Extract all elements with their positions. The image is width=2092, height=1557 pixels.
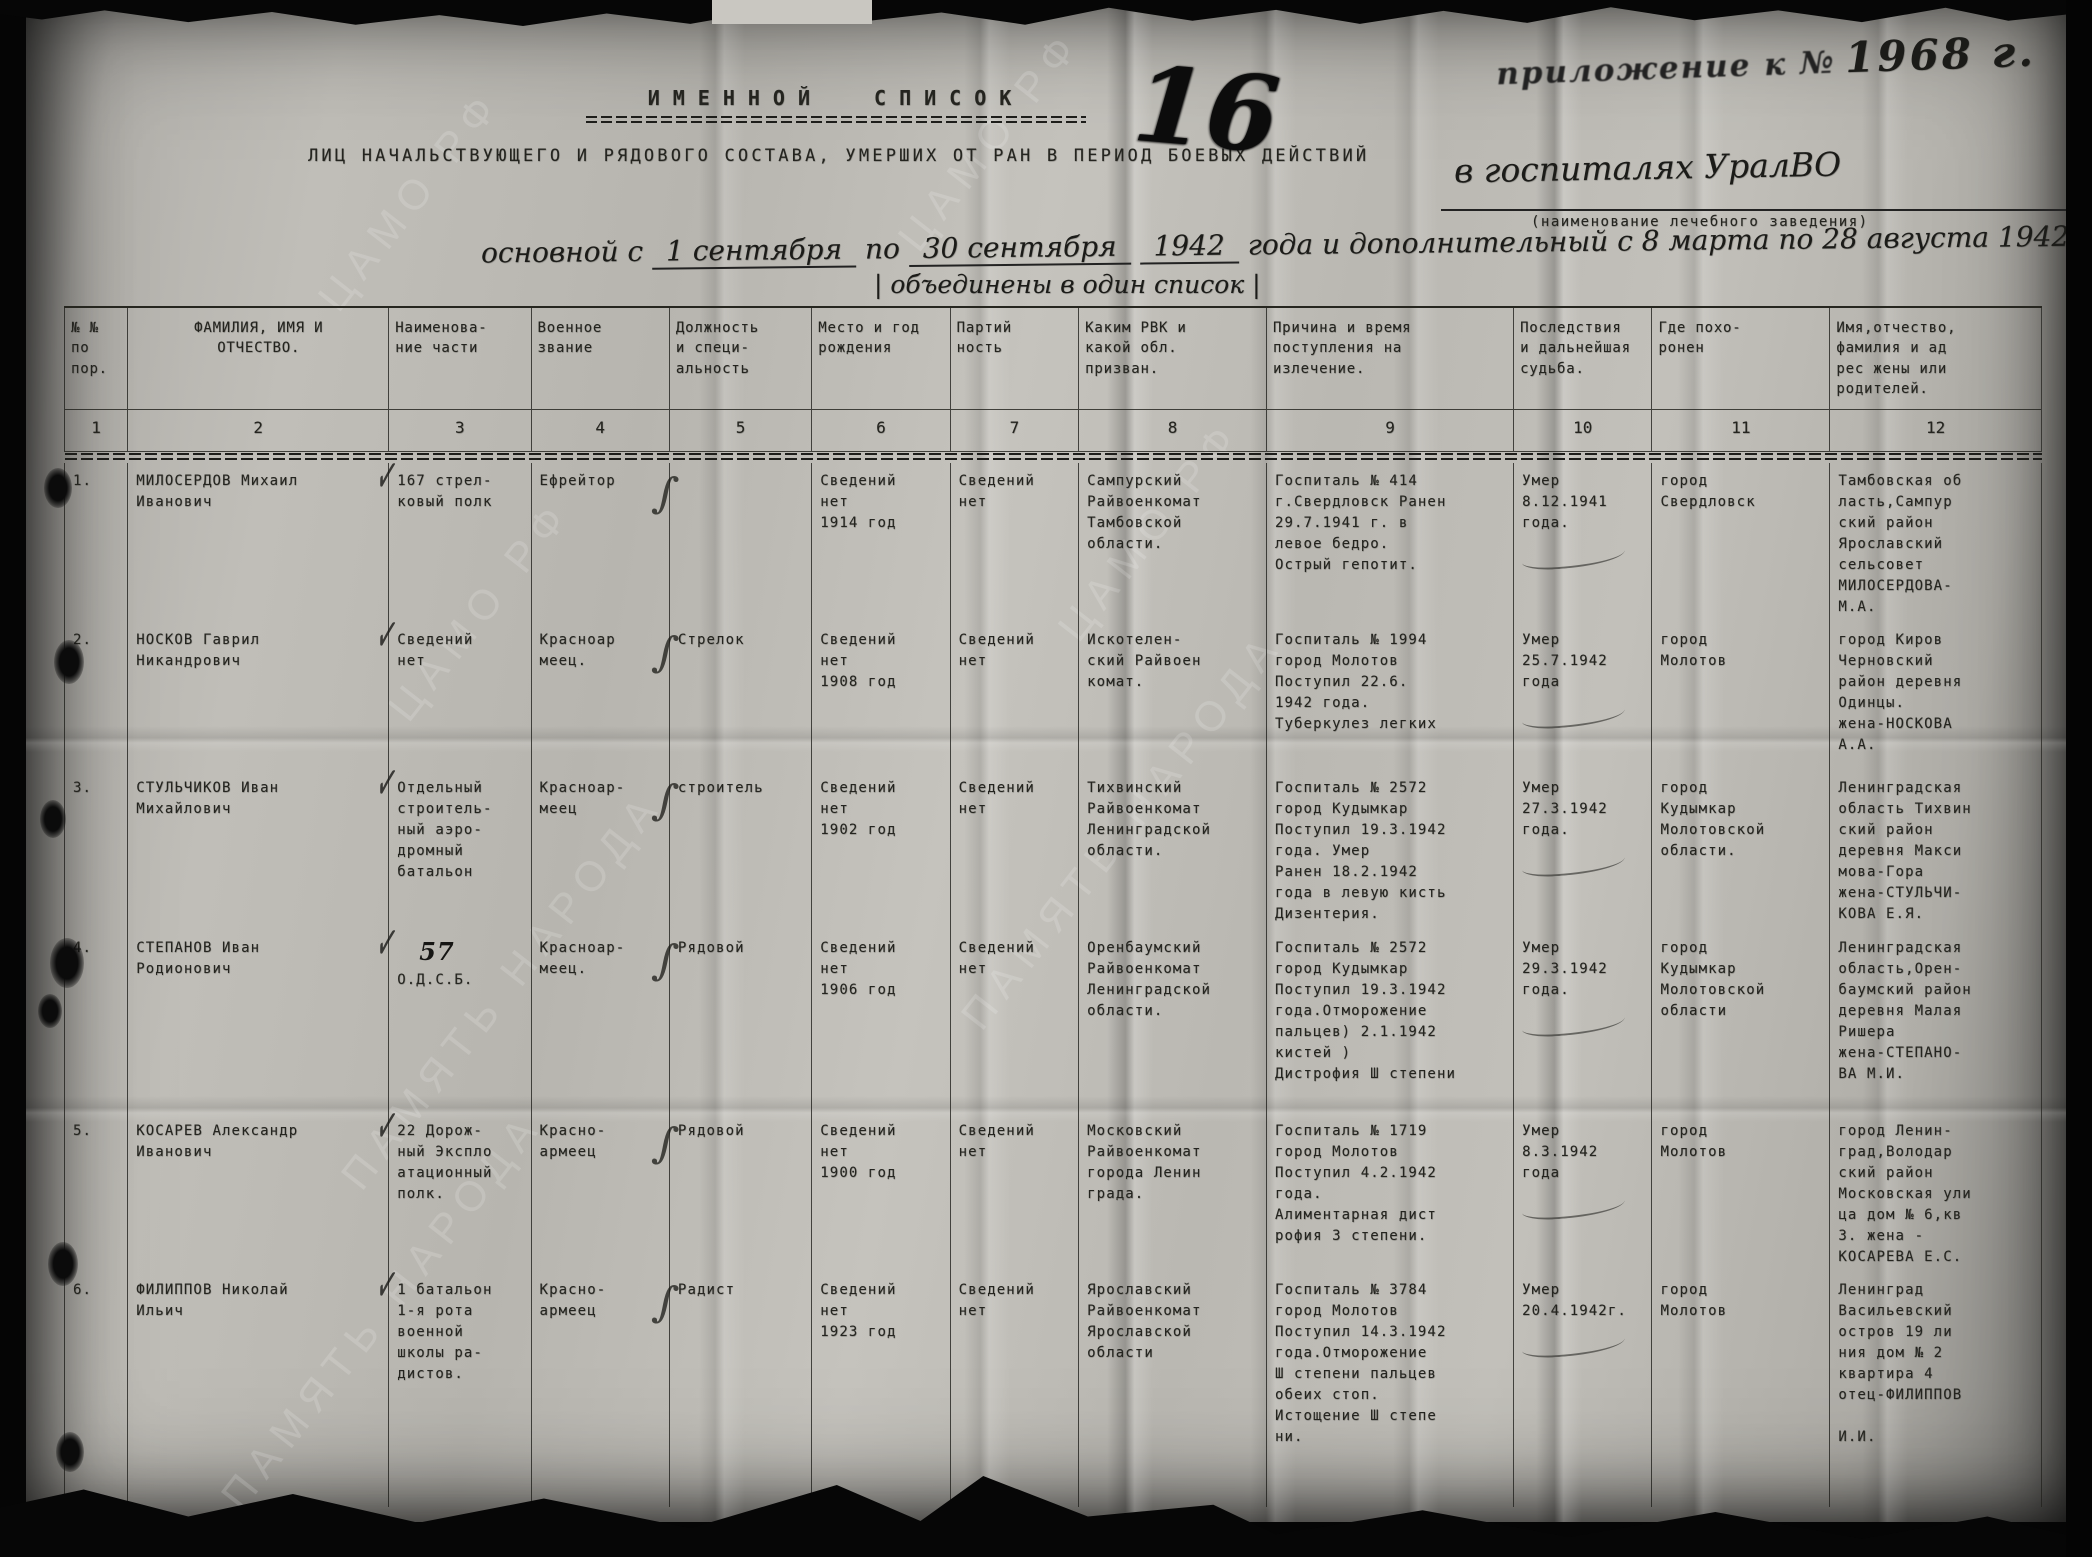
period-line: основной с 1 сентября по 30 сентября 194… (481, 220, 2092, 270)
cell-text: Сведений нет (959, 632, 1035, 669)
column-number: 12 (1830, 409, 2042, 451)
binder-hole (56, 1432, 84, 1472)
cell-text: О.Д.С.Б. (397, 972, 473, 988)
table-cell: Ярославский Райвоенкомат Ярославской обл… (1079, 1272, 1267, 1507)
cell-text: Умер 20.4.1942г. (1522, 1282, 1627, 1319)
table-cell: Искотелен- ский Райвоен комат. (1079, 622, 1267, 770)
table-cell: Умер 20.4.1942г. (1514, 1272, 1652, 1507)
table-cell: ∫ (669, 463, 811, 622)
column-header: ФАМИЛИЯ, ИМЯ И ОТЧЕСТВО. (128, 307, 389, 409)
cell-text: Умер 8.3.1942 года (1522, 1123, 1598, 1181)
table-row: 4.СТЕПАНОВ Иван Родионович57✓О.Д.С.Б.Кра… (65, 930, 2042, 1113)
table-cell: Сведений нет (950, 1272, 1079, 1507)
table-cell: Умер 8.12.1941 года. (1514, 463, 1652, 622)
cell-text: СТУЛЬЧИКОВ Иван Михайлович (136, 780, 279, 817)
handwritten-checkmark-icon: ✓ (375, 1240, 396, 1330)
cell-text: ФИЛИППОВ Николай Ильич (136, 1282, 288, 1319)
cell-text: СТЕПАНОВ Иван Родионович (136, 940, 260, 977)
column-header: Место и год рождения (812, 307, 950, 409)
table-cell: ∫Рядовой (669, 930, 811, 1113)
document-header: приложение к № 1968 г. 16 ИМЕННОЙ СПИСОК… (26, 6, 2066, 316)
cell-text: Госпиталь № 2572 город Кудымкар Поступил… (1275, 940, 1456, 1082)
cell-text: Умер 8.12.1941 года. (1522, 473, 1608, 531)
cell-text: Сведений нет 1923 год (820, 1282, 896, 1340)
table-cell: Ленинградская область Тихвин ский район … (1830, 770, 2042, 930)
appendix-annotation: приложение к № 1968 г. (1495, 27, 2036, 95)
column-number: 4 (531, 409, 669, 451)
cell-text: Красноар- меец (540, 780, 626, 817)
period-prefix: основной с (481, 235, 643, 270)
cell-text: город Кудымкар Молотовской области. (1660, 780, 1765, 859)
appendix-number: 1968 г. (1844, 27, 2036, 83)
table-cell: Сведений нет 1914 год (812, 463, 950, 622)
cell-text: город Молотов (1660, 1123, 1727, 1160)
title-underline (586, 116, 1086, 123)
cell-text: Ленинградская область,Орен- баумский рай… (1838, 940, 1971, 1082)
cell-text: Сведений нет 1902 год (820, 780, 896, 838)
table-cell: Тихвинский Райвоенкомат Ленинградской об… (1079, 770, 1267, 930)
cell-text: КОСАРЕВ Александр Иванович (136, 1123, 298, 1160)
table-numbers-row: 123456789101112 (65, 409, 2042, 451)
table-row: 5.КОСАРЕВ Александр Иванович✓22 Дорож- н… (65, 1113, 2042, 1272)
cell-text: Умер 27.3.1942 года. (1522, 780, 1608, 838)
cell-text: Госпиталь № 3784 город Молотов Поступил … (1275, 1282, 1447, 1445)
cell-text: Красно- армеец (540, 1123, 607, 1160)
cell-text: 6. (73, 1282, 92, 1298)
cell-text: Сведений нет 1914 год (820, 473, 896, 531)
binder-hole (48, 1242, 78, 1286)
column-number: 8 (1079, 409, 1267, 451)
merged-note: | объединены в один список | (874, 270, 1261, 299)
table-row: 3.СТУЛЬЧИКОВ Иван Михайлович✓Отдельный с… (65, 770, 2042, 930)
column-number: 2 (128, 409, 389, 451)
table-cell: Ленинградская область,Орен- баумский рай… (1830, 930, 2042, 1113)
cell-text: Тамбовская об ласть,Сампур ский район Яр… (1838, 473, 1962, 615)
column-header: Партий ность (950, 307, 1079, 409)
cell-text: Рядовой (678, 1123, 745, 1139)
cell-text: Оренбаумский Райвоенкомат Ленинградской … (1087, 940, 1211, 1019)
table-cell: Умер 25.7.1942 года (1514, 622, 1652, 770)
page-number-handwritten: 16 (1129, 42, 1284, 177)
handwritten-checkmark-icon: ✓ (375, 1081, 396, 1171)
column-header: Последствия и дальнейшая судьба. (1514, 307, 1652, 409)
cell-text: МИЛОСЕРДОВ Михаил Иванович (136, 473, 298, 510)
table-cell: Сведений нет (950, 1113, 1079, 1272)
cell-text: Красно- армеец (540, 1282, 607, 1319)
table-cell: Умер 8.3.1942 года (1514, 1113, 1652, 1272)
table-cell: город Молотов (1652, 622, 1830, 770)
table-cell: ✓22 Дорож- ный Эксплo атационный полк. (389, 1113, 531, 1272)
table-cell: Ленинград Васильевский остров 19 ли ния … (1830, 1272, 2042, 1507)
cell-text: 3. (73, 780, 92, 796)
table-cell: 5. (65, 1113, 128, 1272)
table-cell: Красноар- меец (531, 770, 669, 930)
column-number: 3 (389, 409, 531, 451)
cell-text: Красноар меец. (540, 632, 616, 669)
table-columns-row: № № по пор.ФАМИЛИЯ, ИМЯ И ОТЧЕСТВО.Наиме… (65, 307, 2042, 409)
table-cell: Госпиталь № 2572 город Кудымкар Поступил… (1266, 770, 1513, 930)
table-cell: КОСАРЕВ Александр Иванович (128, 1113, 389, 1272)
cell-text: Рядовой (678, 940, 745, 956)
handwritten-underline (1522, 705, 1626, 730)
cell-text: город Ленин- град,Володар ский район Мос… (1838, 1123, 1971, 1265)
cell-text: Отдельный строитель- ный аэро- дромный б… (397, 780, 492, 880)
period-suffix: года и дополнительный с 8 марта по 28 ав… (1248, 220, 2092, 262)
cell-text: Радист (678, 1282, 735, 1298)
binder-hole (38, 994, 62, 1028)
cell-text: Сведений нет 1900 год (820, 1123, 896, 1181)
table-cell: Оренбаумский Райвоенкомат Ленинградской … (1079, 930, 1267, 1113)
handwritten-underline (1522, 1334, 1626, 1359)
scan-edge-right (2066, 0, 2092, 1557)
cell-text: Сведений нет (959, 780, 1035, 817)
column-number: 1 (65, 409, 128, 451)
table-cell: Госпиталь № 1994 город Молотов Поступил … (1266, 622, 1513, 770)
table-cell: Госпиталь № 3784 город Молотов Поступил … (1266, 1272, 1513, 1507)
table-cell: ∫строитель (669, 770, 811, 930)
table-cell: Госпиталь № 1719 город Молотов Поступил … (1266, 1113, 1513, 1272)
column-header: Где похо- ронен (1652, 307, 1830, 409)
table-cell: Сведений нет 1902 год (812, 770, 950, 930)
handwritten-checkmark-icon: ✓ (375, 738, 396, 828)
handwritten-checkmark-icon: ✓ (375, 431, 396, 521)
binder-hole (40, 800, 66, 838)
cell-text: Госпиталь № 414 г.Свердловск Ранен 29.7.… (1275, 473, 1447, 573)
table-cell: СТУЛЬЧИКОВ Иван Михайлович (128, 770, 389, 930)
cell-text: Госпиталь № 2572 город Кудымкар Поступил… (1275, 780, 1447, 922)
table-cell: ✓Отдельный строитель- ный аэро- дромный … (389, 770, 531, 930)
table-cell: Сведений нет 1923 год (812, 1272, 950, 1507)
table-cell: город Ленин- град,Володар ский район Мос… (1830, 1113, 2042, 1272)
table-cell: город Киров Черновский район деревня Оди… (1830, 622, 2042, 770)
column-header: Причина и время поступления на излечение… (1266, 307, 1513, 409)
cell-text: Сведений нет (397, 632, 473, 669)
table-cell: Красноар меец. (531, 622, 669, 770)
column-number: 7 (950, 409, 1079, 451)
column-number: 11 (1652, 409, 1830, 451)
table-cell: ✓Сведений нет (389, 622, 531, 770)
table-row: 2.НОСКОВ Гаврил Никандрович✓Сведений нет… (65, 622, 2042, 770)
table-cell: Тамбовская об ласть,Сампур ский район Яр… (1830, 463, 2042, 622)
cell-text: Ленинград Васильевский остров 19 ли ния … (1838, 1282, 1962, 1445)
table-row: 1.МИЛОСЕРДОВ Михаил Иванович✓167 стрел- … (65, 463, 2042, 622)
column-number: 5 (669, 409, 811, 451)
table-cell: Сведений нет 1908 год (812, 622, 950, 770)
cell-text: 22 Дорож- ный Эксплo атационный полк. (397, 1123, 492, 1202)
cell-text: город Кудымкар Молотовской области (1660, 940, 1765, 1019)
table-cell: ✓167 стрел- ковый полк (389, 463, 531, 622)
cell-text: Ярославский Райвоенкомат Ярославской обл… (1087, 1282, 1201, 1361)
cell-text: город Киров Черновский район деревня Оди… (1838, 632, 1962, 753)
table-cell: город Молотов (1652, 1272, 1830, 1507)
double-rule (65, 451, 2042, 463)
handwritten-note: 57 (419, 934, 526, 970)
roster-table: № № по пор.ФАМИЛИЯ, ИМЯ И ОТЧЕСТВО.Наиме… (64, 306, 2042, 1507)
table-cell: Госпиталь № 2572 город Кудымкар Поступил… (1266, 930, 1513, 1113)
column-header: Должность и специ- альность (669, 307, 811, 409)
table-cell: 57✓О.Д.С.Б. (389, 930, 531, 1113)
table-cell: Сведений нет 1900 год (812, 1113, 950, 1272)
period-year: 1942 (1139, 229, 1239, 265)
cell-text: 5. (73, 1123, 92, 1139)
column-header: Военное звание (531, 307, 669, 409)
cell-text: Сведений нет (959, 1123, 1035, 1160)
binder-hole (44, 468, 72, 508)
cell-text: Сведений нет (959, 940, 1035, 977)
institution-underline (1441, 209, 2086, 211)
cell-text: Умер 29.3.1942 года. (1522, 940, 1608, 998)
cell-text: Тихвинский Райвоенкомат Ленинградской об… (1087, 780, 1211, 859)
appendix-label: приложение к № (1496, 45, 1837, 93)
column-header: Имя,отчество, фамилия и ад рес жены или … (1830, 307, 2042, 409)
table-cell: Ефрейтор (531, 463, 669, 622)
table-cell: Красноар- меец. (531, 930, 669, 1113)
cell-text: Сведений нет (959, 1282, 1035, 1319)
paper-tab (712, 0, 872, 24)
cell-text: Искотелен- ский Райвоен комат. (1087, 632, 1201, 690)
table-cell: НОСКОВ Гаврил Никандрович (128, 622, 389, 770)
table-cell: Красно- армеец (531, 1272, 669, 1507)
binder-hole (54, 640, 84, 684)
column-header: Каким РВК и какой обл. призван. (1079, 307, 1267, 409)
cell-text: Госпиталь № 1994 город Молотов Поступил … (1275, 632, 1437, 732)
column-number: 6 (812, 409, 950, 451)
table-cell: Сампурский Райвоенкомат Тамбовской облас… (1079, 463, 1267, 622)
cell-text: Красноар- меец. (540, 940, 626, 977)
table-cell: Сведений нет (950, 622, 1079, 770)
cell-text: Умер 25.7.1942 года (1522, 632, 1608, 690)
table-cell: город Кудымкар Молотовской области (1652, 930, 1830, 1113)
cell-text: НОСКОВ Гаврил Никандрович (136, 632, 260, 669)
double-rule-row (65, 451, 2042, 463)
table-cell: ✓1 батальон 1-я рота военной школы ра- д… (389, 1272, 531, 1507)
table-cell: Сведений нет (950, 770, 1079, 930)
handwritten-underline (1522, 853, 1626, 878)
table-cell: 1. (65, 463, 128, 622)
table-row: 6.ФИЛИППОВ Николай Ильич✓1 батальон 1-я … (65, 1272, 2042, 1507)
paper-sheet: ЦАМО РФ ЦАМО РФ ЦАМО РФ ЦАМО РФ ПАМЯТЬ Н… (26, 6, 2066, 1522)
cell-text: Стрелок (678, 632, 745, 648)
table-cell: город Свердловск (1652, 463, 1830, 622)
cell-text: город Молотов (1660, 1282, 1727, 1319)
table-cell: ФИЛИППОВ Николай Ильич (128, 1272, 389, 1507)
cell-text: строитель (678, 780, 764, 796)
period-from-date: 1 сентября (652, 233, 856, 270)
table-cell: Красно- армеец (531, 1113, 669, 1272)
table-cell: Умер 27.3.1942 года. (1514, 770, 1652, 930)
table-cell: ∫Радист (669, 1272, 811, 1507)
column-header: Наименова- ние части (389, 307, 531, 409)
cell-text: Московский Райвоенкомат города Ленин гра… (1087, 1123, 1201, 1202)
handwritten-checkmark-icon: ✓ (375, 590, 396, 680)
handwritten-underline (1522, 1013, 1626, 1038)
document-title: ИМЕННОЙ СПИСОК (586, 86, 1086, 123)
table-cell: Госпиталь № 414 г.Свердловск Ранен 29.7.… (1266, 463, 1513, 622)
cell-text: Госпиталь № 1719 город Молотов Поступил … (1275, 1123, 1437, 1244)
table-cell: ∫Рядовой (669, 1113, 811, 1272)
period-to-date: 30 сентября (909, 230, 1131, 267)
table-cell: Сведений нет 1906 год (812, 930, 950, 1113)
cell-text: Сампурский Райвоенкомат Тамбовской облас… (1087, 473, 1201, 552)
column-number: 10 (1514, 409, 1652, 451)
column-number: 9 (1266, 409, 1513, 451)
binder-hole (50, 938, 84, 988)
cell-text: 1. (73, 473, 92, 489)
scanned-document-page: ЦАМО РФ ЦАМО РФ ЦАМО РФ ЦАМО РФ ПАМЯТЬ Н… (0, 0, 2092, 1557)
table-cell: город Молотов (1652, 1113, 1830, 1272)
cell-text: Сведений нет (959, 473, 1035, 510)
handwritten-checkmark-icon: ✓ (375, 898, 396, 988)
table-cell: Сведений нет (950, 930, 1079, 1113)
cell-text: Сведений нет 1908 год (820, 632, 896, 690)
cell-text: 167 стрел- ковый полк (397, 473, 492, 510)
table-cell: СТЕПАНОВ Иван Родионович (128, 930, 389, 1113)
table-cell: Умер 29.3.1942 года. (1514, 930, 1652, 1113)
table-cell: 6. (65, 1272, 128, 1507)
roster-rows: 1.МИЛОСЕРДОВ Михаил Иванович✓167 стрел- … (65, 463, 2042, 1507)
cell-text: Ефрейтор (540, 473, 616, 489)
cell-text: Сведений нет 1906 год (820, 940, 896, 998)
institution-handwritten: в госпиталях УралВО (1454, 145, 1842, 191)
cell-text: Ленинградская область Тихвин ский район … (1838, 780, 1971, 922)
column-header: № № по пор. (65, 307, 128, 409)
table-cell: МИЛОСЕРДОВ Михаил Иванович (128, 463, 389, 622)
table-cell: Московский Райвоенкомат города Ленин гра… (1079, 1113, 1267, 1272)
table-cell: ∫Стрелок (669, 622, 811, 770)
table-cell: 3. (65, 770, 128, 930)
table-cell: город Кудымкар Молотовской области. (1652, 770, 1830, 930)
handwritten-underline (1522, 546, 1626, 571)
cell-text: 1 батальон 1-я рота военной школы ра- ди… (397, 1282, 492, 1382)
handwritten-underline (1522, 1196, 1626, 1221)
period-po: по (865, 232, 900, 265)
cell-text: город Молотов (1660, 632, 1727, 669)
cell-text: город Свердловск (1660, 473, 1755, 510)
table-cell: Сведений нет (950, 463, 1079, 622)
